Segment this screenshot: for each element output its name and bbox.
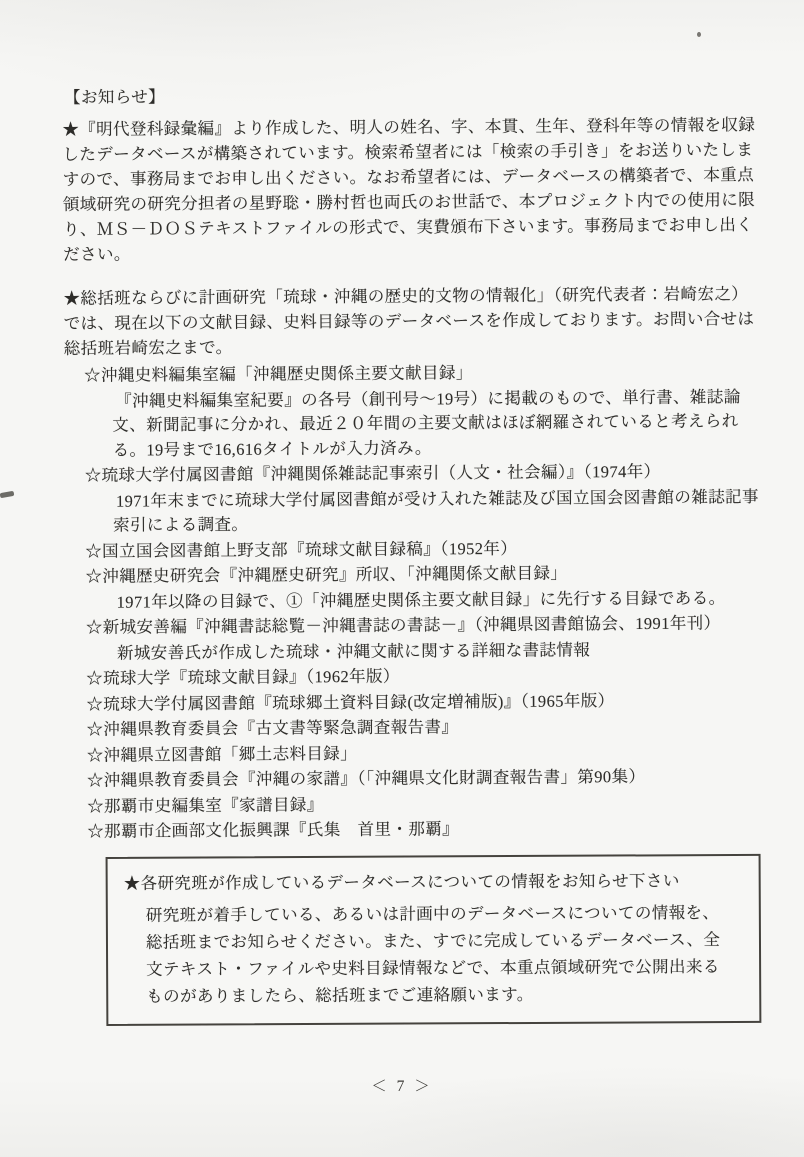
catalog-item-title: ☆沖縄史料編集室編「沖縄歴史関係主要文献目録」 bbox=[84, 359, 761, 388]
catalog-item-desc: 新城安善氏が作成した琉球・沖縄文献に関する詳細な書誌情報 bbox=[114, 637, 761, 666]
notice-paragraph-ryukyu-okinawa: ★総括班ならびに計画研究「琉球・沖縄の歴史的文物の情報化」（研究代表者：岩崎宏之… bbox=[63, 281, 761, 361]
info-box-heading: ★各研究班が作成しているデータベースについての情報をお知らせ下さい bbox=[124, 867, 743, 896]
catalog-item-title: ☆那覇市史編集室『家譜目録』 bbox=[87, 790, 764, 819]
catalog-item-desc: 1971年以降の目録で、①「沖縄歴史関係主要文献目録」に先行する目録である。 bbox=[114, 586, 761, 615]
catalog-item-desc: 1971年末までに琉球大学付属図書館が受け入れた雑誌及び国立国会図書館の雑誌記事… bbox=[113, 485, 760, 539]
catalog-item-title: ☆沖縄県立図書館「郷土志料目録」 bbox=[87, 739, 764, 768]
catalog-item-desc: 『沖縄史料編集室紀要』の各号（創刊号～19号）に掲載のもので、単行書、雑誌論文、… bbox=[112, 385, 759, 463]
catalog-item-title: ☆琉球大学付属図書館『琉球郷土資料目録(改定増補版)』（1965年版） bbox=[86, 688, 763, 717]
page-content: 【お知らせ】 ★『明代登科録彙編』より作成した、明人の姓名、字、本貫、生年、登科… bbox=[62, 81, 766, 1026]
catalog-item-title: ☆沖縄県教育委員会『古文書等緊急調査報告書』 bbox=[86, 713, 763, 742]
catalog-list: ☆沖縄史料編集室編「沖縄歴史関係主要文献目録」『沖縄史料編集室紀要』の各号（創刊… bbox=[64, 359, 764, 844]
scan-artifact-left-edge-mark bbox=[0, 491, 14, 498]
info-box-body: 研究班が着手している、あるいは計画中のデータベースについての情報を、総括班までお… bbox=[146, 898, 737, 1009]
catalog-item-title: ☆国立国会図書館上野支部『琉球文献目録稿』（1952年） bbox=[85, 535, 762, 564]
scanned-page: 【お知らせ】 ★『明代登科録彙編』より作成した、明人の姓名、字、本貫、生年、登科… bbox=[0, 0, 804, 1157]
catalog-item-title: ☆琉球大学『琉球文献目録』（1962年版） bbox=[86, 662, 763, 691]
info-request-box: ★各研究班が作成しているデータベースについての情報をお知らせ下さい 研究班が着手… bbox=[106, 853, 762, 1025]
catalog-item-title: ☆琉球大学付属図書館『沖縄関係雑誌記事索引（人文・社会編）』（1974年） bbox=[85, 459, 762, 488]
catalog-item-title: ☆沖縄県教育委員会『沖縄の家譜』（「沖縄県文化財調査報告書」第90集） bbox=[87, 764, 764, 793]
catalog-item-title: ☆沖縄歴史研究会『沖縄歴史研究』所収、「沖縄関係文献目録」 bbox=[85, 560, 762, 589]
notice-paragraph-mindai-database: ★『明代登科録彙編』より作成した、明人の姓名、字、本貫、生年、登科年等の情報を収… bbox=[62, 112, 760, 267]
catalog-item-title: ☆那覇市企画部文化振興課『氏集 首里・那覇』 bbox=[87, 815, 764, 844]
page-title: 【お知らせ】 bbox=[64, 81, 759, 110]
catalog-item-title: ☆新城安善編『沖縄書誌総覧－沖縄書誌の書誌－』（沖縄県図書館協会、1991年刊） bbox=[86, 611, 763, 640]
scan-artifact-speck bbox=[697, 32, 701, 37]
page-number: ＜ 7 ＞ bbox=[0, 1074, 804, 1096]
